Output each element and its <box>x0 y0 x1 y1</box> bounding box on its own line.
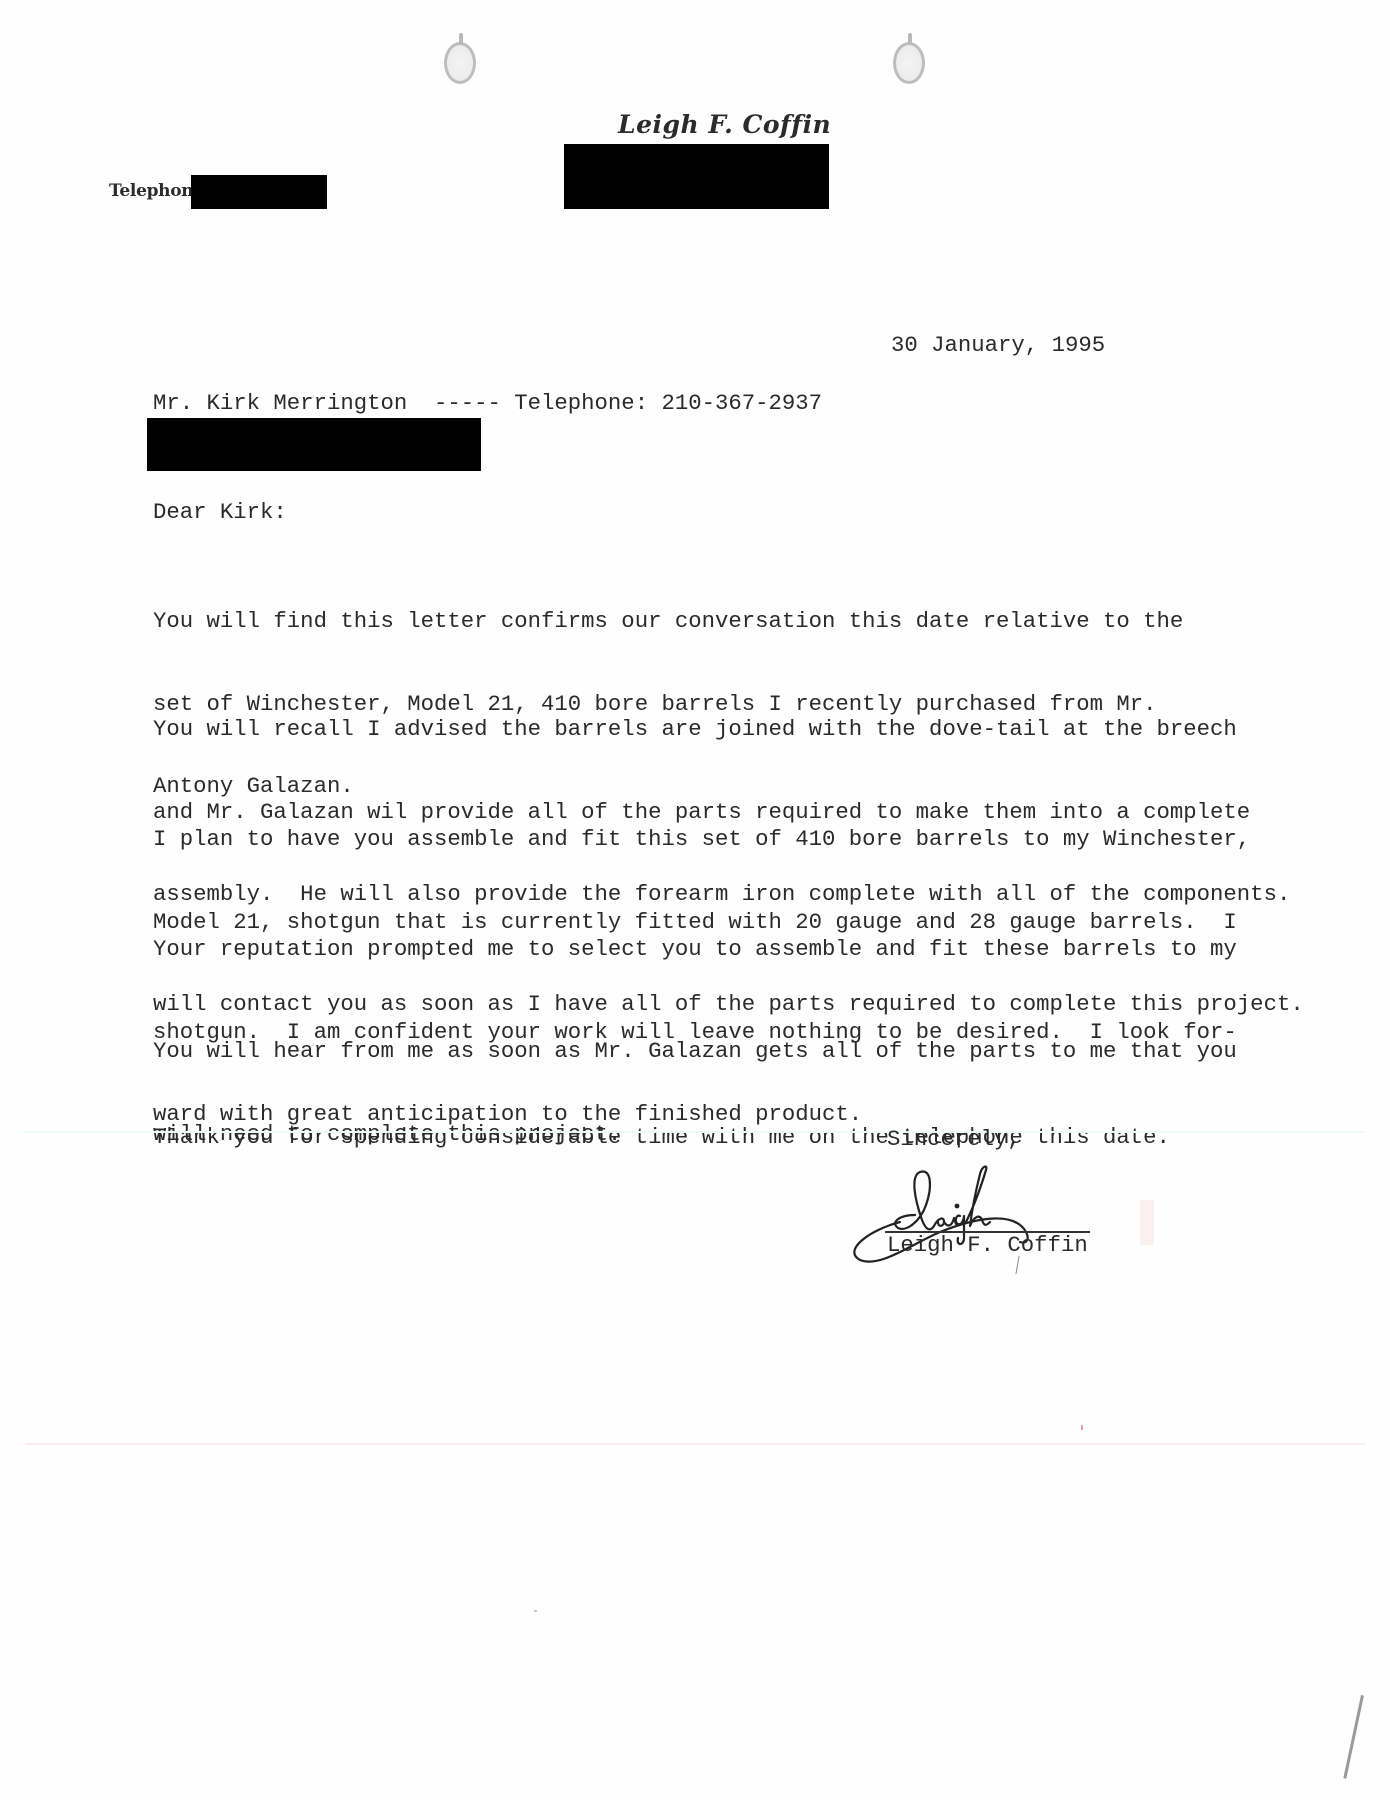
scan-artifact-line-lower <box>25 1443 1365 1445</box>
paragraph-line: You will hear from me as soon as Mr. Gal… <box>153 1038 1237 1066</box>
letterhead-telephone-label: Telephone <box>109 181 204 201</box>
redacted-recipient-address <box>147 418 481 471</box>
punch-hole-left <box>444 42 476 84</box>
paragraph-line: You will find this letter confirms our c… <box>153 608 1183 636</box>
salutation: Dear Kirk: <box>153 499 287 527</box>
valediction: Sincerely, <box>887 1126 1021 1154</box>
scan-speck <box>534 1610 537 1612</box>
punch-hole-right <box>893 42 925 84</box>
paragraph-line: I plan to have you assemble and fit this… <box>153 826 1304 854</box>
recipient-line: Mr. Kirk Merrington ----- Telephone: 210… <box>153 390 822 418</box>
scan-smudge <box>1140 1200 1154 1245</box>
letter-date: 30 January, 1995 <box>891 332 1105 360</box>
letterhead-name: Leigh F. Coffin <box>618 110 831 139</box>
scan-speck <box>1081 1425 1083 1430</box>
redacted-telephone <box>191 175 327 209</box>
redacted-address <box>564 144 829 209</box>
paragraph-line: Your reputation prompted me to select yo… <box>153 936 1237 964</box>
typed-signatory-name: Leigh F. Coffin <box>887 1232 1088 1260</box>
paragraph-line: You will recall I advised the barrels ar… <box>153 716 1290 744</box>
scan-edge-artifact <box>1343 1695 1364 1779</box>
scan-artifact-line <box>25 1131 1365 1133</box>
